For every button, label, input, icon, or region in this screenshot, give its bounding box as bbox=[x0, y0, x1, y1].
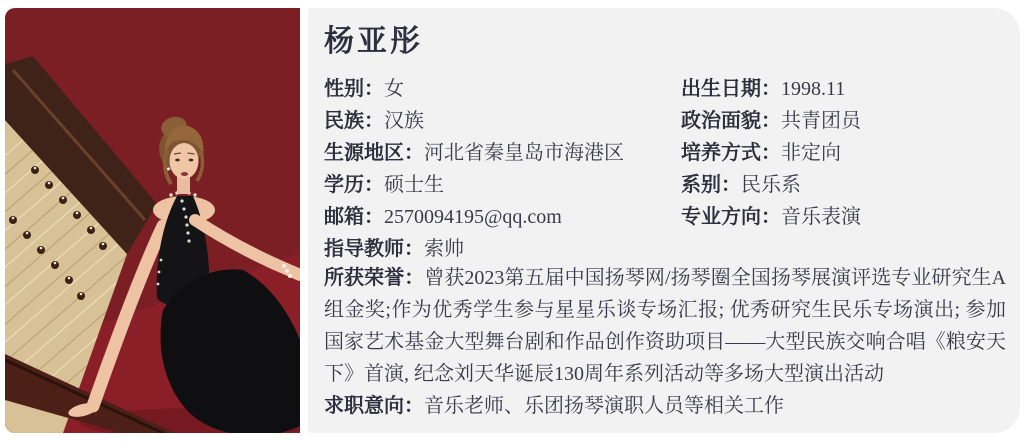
field-value: 共青团员 bbox=[781, 110, 861, 132]
profile-details-panel: 杨亚彤 性别：女 出生日期：1998.11 民族：汉族 政治面貌：共青团员 生源… bbox=[308, 8, 1020, 433]
field-ethnicity: 民族：汉族 bbox=[324, 104, 681, 133]
honors-label: 所获荣誉： bbox=[324, 267, 424, 289]
job-label: 求职意向： bbox=[324, 395, 424, 417]
field-gender: 性别：女 bbox=[324, 72, 681, 101]
field-value: 1998.11 bbox=[781, 78, 845, 100]
profile-card: 杨亚彤 性别：女 出生日期：1998.11 民族：汉族 政治面貌：共青团员 生源… bbox=[5, 8, 1020, 433]
field-row: 性别：女 出生日期：1998.11 bbox=[324, 70, 1006, 102]
field-value: 音乐表演 bbox=[781, 206, 861, 228]
field-email: 邮箱：2570094195@qq.com bbox=[324, 200, 681, 229]
field-birthdate: 出生日期：1998.11 bbox=[681, 72, 1006, 101]
field-value: 非定向 bbox=[781, 142, 841, 164]
job-intention-line: 求职意向：音乐老师、乐团扬琴演职人员等相关工作 bbox=[324, 390, 1006, 422]
field-value: 河北省秦皇岛市海港区 bbox=[424, 142, 624, 164]
field-value: 民乐系 bbox=[741, 174, 801, 196]
field-value: 硕士生 bbox=[384, 174, 444, 196]
field-label: 生源地区： bbox=[324, 142, 424, 164]
field-label: 指导教师： bbox=[324, 238, 424, 260]
field-label: 政治面貌： bbox=[681, 110, 781, 132]
field-row: 学历：硕士生 系别：民乐系 bbox=[324, 166, 1006, 198]
field-political-status: 政治面貌：共青团员 bbox=[681, 104, 1006, 133]
field-label: 专业方向： bbox=[681, 206, 781, 228]
field-training-mode: 培养方式：非定向 bbox=[681, 136, 1006, 165]
field-row: 邮箱：2570094195@qq.com 专业方向：音乐表演 bbox=[324, 198, 1006, 230]
field-home-region: 生源地区：河北省秦皇岛市海港区 bbox=[324, 136, 681, 165]
honors-paragraph: 所获荣誉：曾获2023第五届中国扬琴网/扬琴圈全国扬琴展演评选专业研究生A组金奖… bbox=[324, 262, 1006, 390]
profile-photo bbox=[5, 8, 300, 433]
field-degree: 学历：硕士生 bbox=[324, 168, 681, 197]
field-advisor: 指导教师：索帅 bbox=[324, 232, 681, 261]
field-value: 汉族 bbox=[384, 110, 424, 132]
job-text: 音乐老师、乐团扬琴演职人员等相关工作 bbox=[424, 395, 784, 417]
profile-name: 杨亚彤 bbox=[324, 24, 1006, 60]
field-value: 2570094195@qq.com bbox=[384, 206, 562, 228]
honors-text: 曾获2023第五届中国扬琴网/扬琴圈全国扬琴展演评选专业研究生A组金奖;作为优秀… bbox=[324, 267, 1006, 385]
field-row: 生源地区：河北省秦皇岛市海港区 培养方式：非定向 bbox=[324, 134, 1006, 166]
portrait-illustration bbox=[5, 8, 300, 433]
field-value: 索帅 bbox=[424, 238, 464, 260]
field-label: 邮箱： bbox=[324, 206, 384, 228]
field-label: 系别： bbox=[681, 174, 741, 196]
field-label: 出生日期： bbox=[681, 78, 781, 100]
field-value: 女 bbox=[384, 78, 404, 100]
field-row: 民族：汉族 政治面貌：共青团员 bbox=[324, 102, 1006, 134]
field-label: 学历： bbox=[324, 174, 384, 196]
field-label: 民族： bbox=[324, 110, 384, 132]
field-row: 指导教师：索帅 bbox=[324, 230, 1006, 262]
field-department: 系别：民乐系 bbox=[681, 168, 1006, 197]
field-major: 专业方向：音乐表演 bbox=[681, 200, 1006, 229]
field-label: 性别： bbox=[324, 78, 384, 100]
field-label: 培养方式： bbox=[681, 142, 781, 164]
